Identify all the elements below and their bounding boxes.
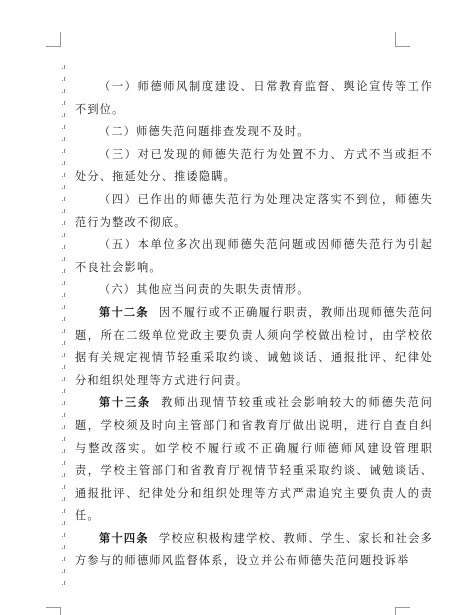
clause-item-2: （二）师德失范问题排查发现不及时。 (75, 121, 433, 144)
paragraph-mark-icon (62, 530, 68, 542)
paragraph-mark-icon (62, 266, 68, 278)
article-14: 第十四条学校应积极构建学校、教师、学生、家长和社会多方参与的师德师风监督体系，设… (75, 528, 433, 573)
paragraph-mark-icon (62, 170, 68, 182)
paragraph-mark-icon (62, 206, 68, 218)
paragraph-mark-icon (62, 74, 68, 86)
paragraph-mark-icon (62, 242, 68, 254)
paragraph-mark-icon (62, 494, 68, 506)
paragraph-mark-icon (62, 254, 68, 266)
paragraph-mark-icon (62, 86, 68, 98)
clause-item-5: （五）本单位多次出现师德失范问题或因师德失范行为引起不良社会影响。 (75, 234, 433, 279)
paragraph-mark-icon (62, 146, 68, 158)
paragraph-mark-icon (62, 506, 68, 518)
paragraph-mark-icon (62, 434, 68, 446)
document-body[interactable]: （一）师德师风制度建设、日常教育监督、舆论宣传等工作不到位。 （二）师德失范问题… (75, 76, 433, 573)
paragraph-mark-icon (62, 158, 68, 170)
paragraph-marks-column (62, 62, 68, 590)
paragraph-mark-icon (62, 374, 68, 386)
paragraph-mark-icon (62, 518, 68, 530)
paragraph-mark-icon (62, 302, 68, 314)
paragraph-mark-icon (62, 542, 68, 554)
paragraph-mark-icon (62, 278, 68, 290)
paragraph-mark-icon (62, 194, 68, 206)
paragraph-mark-icon (62, 314, 68, 326)
paragraph-mark-icon (62, 290, 68, 302)
paragraph-mark-icon (62, 458, 68, 470)
paragraph-mark-icon (62, 482, 68, 494)
article-12: 第十二条因不履行或不正确履行职责，教师出现师德失范问题，所在二级单位党政主要负责… (75, 302, 433, 392)
paragraph-mark-icon (62, 554, 68, 566)
paragraph-mark-icon (62, 350, 68, 362)
clause-item-1: （一）师德师风制度建设、日常教育监督、舆论宣传等工作不到位。 (75, 76, 433, 121)
paragraph-mark-icon (62, 566, 68, 578)
article-heading: 第十二条 (99, 306, 149, 319)
paragraph-mark-icon (62, 386, 68, 398)
top-right-margin-mark (395, 32, 410, 47)
paragraph-mark-icon (62, 410, 68, 422)
paragraph-mark-icon (62, 326, 68, 338)
paragraph-mark-icon (62, 338, 68, 350)
paragraph-mark-icon (62, 398, 68, 410)
paragraph-mark-icon (62, 422, 68, 434)
paragraph-mark-icon (62, 110, 68, 122)
clause-item-3: （三）对已发现的师德失范行为处置不力、方式不当或拒不处分、拖延处分、推诿隐瞒。 (75, 144, 433, 189)
bottom-left-margin-mark (46, 607, 61, 615)
clause-item-6: （六）其他应当问责的失职失责情形。 (75, 279, 433, 302)
paragraph-mark-icon (62, 230, 68, 242)
paragraph-mark-icon (62, 98, 68, 110)
clause-item-4: （四）已作出的师德失范行为处理决定落实不到位，师德失范行为整改不彻底。 (75, 189, 433, 234)
paragraph-mark-icon (62, 578, 68, 590)
paragraph-mark-icon (62, 218, 68, 230)
article-heading: 第十三条 (99, 396, 151, 409)
paragraph-mark-icon (62, 362, 68, 374)
paragraph-mark-icon (62, 122, 68, 134)
paragraph-mark-icon (62, 446, 68, 458)
paragraph-mark-icon (62, 62, 68, 74)
paragraph-mark-icon (62, 470, 68, 482)
article-13: 第十三条教师出现情节较重或社会影响较大的师德失范问题，学校须及时向主管部门和省教… (75, 392, 433, 528)
article-heading: 第十四条 (99, 532, 149, 545)
paragraph-mark-icon (62, 134, 68, 146)
bottom-right-margin-mark (395, 607, 410, 615)
document-page: （一）师德师风制度建设、日常教育监督、舆论宣传等工作不到位。 （二）师德失范问题… (0, 0, 464, 615)
paragraph-mark-icon (62, 182, 68, 194)
top-left-margin-mark (46, 32, 61, 47)
